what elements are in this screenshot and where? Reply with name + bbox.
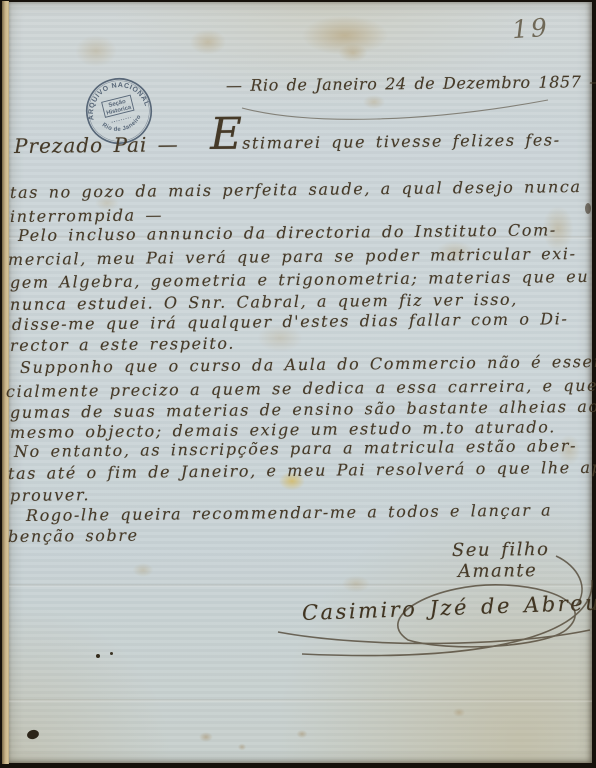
letter-line: interrompida —	[10, 207, 163, 225]
letter-closing-line: Amante	[458, 562, 537, 582]
letter-line: prouver.	[10, 487, 90, 505]
fold-crease	[9, 584, 592, 587]
letter-salutation: Prezado Pai —	[14, 134, 179, 157]
ink-blot	[96, 654, 100, 658]
letter-line: Estimarei que tivesse felizes fes-	[210, 124, 561, 152]
scanned-letter: - ARQUIVO NACIONAL - Rio de Janeiro Seçã…	[0, 0, 596, 768]
letter-dateline: — Rio de Janeiro 24 de Dezembro 1857 —	[226, 74, 596, 95]
letter-closing-line: Seu filho	[452, 541, 550, 561]
ink-blot	[110, 652, 113, 655]
ink-blot	[585, 203, 591, 214]
fold-crease	[9, 699, 592, 702]
letter-line: rector a este respeito.	[10, 336, 235, 355]
stamp-dotted-line	[112, 117, 131, 122]
page-number-pencil: 19	[511, 13, 551, 45]
letter-line: benção sobre	[8, 528, 139, 546]
